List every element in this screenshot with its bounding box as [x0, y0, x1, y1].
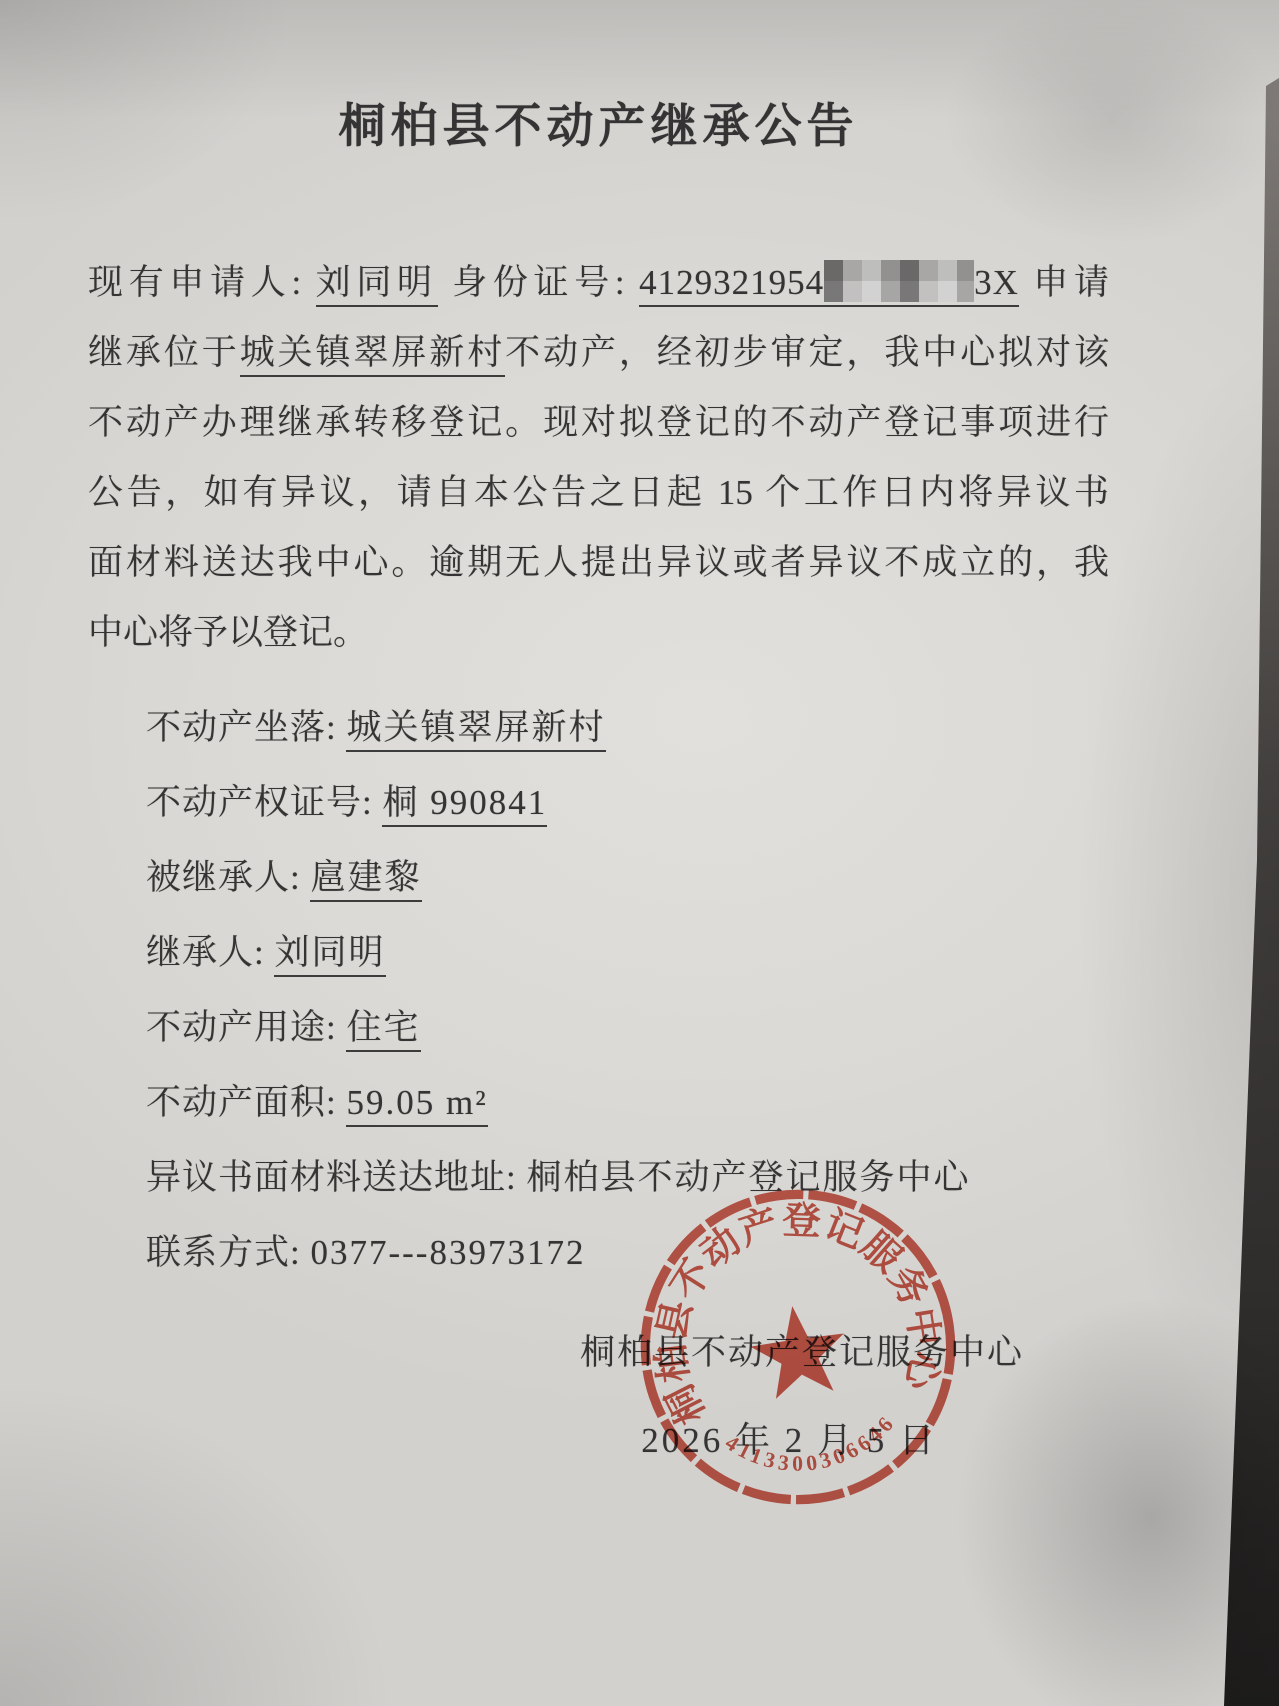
- id-suffix: 3X: [974, 263, 1019, 302]
- star-icon: [746, 1300, 852, 1402]
- applicant-name: 刘同明: [316, 263, 438, 307]
- field-row-area: 不动产面积: 59.05 m²: [146, 1065, 1109, 1140]
- field-label: 继承人:: [146, 933, 274, 972]
- field-row-usage: 不动产用途: 住宅: [146, 990, 1109, 1065]
- field-label: 被继承人:: [146, 858, 310, 897]
- privacy-mosaic: [824, 260, 974, 302]
- official-seal: 桐柏县不动产登记服务中心 4113300306646: [612, 1161, 985, 1534]
- field-row-location: 不动产坐落: 城关镇翠屏新村: [146, 690, 1109, 765]
- field-label: 不动产权证号:: [146, 783, 382, 822]
- paragraph-line-2: 继承位于城关镇翠屏新村不动产，经初步审定，我中心拟对该: [88, 318, 1109, 388]
- field-label: 不动产用途:: [146, 1008, 346, 1047]
- line1-id-label: 身份证号:: [438, 263, 639, 302]
- field-list: 不动产坐落: 城关镇翠屏新村 不动产权证号: 桐 990841 被继承人: 扈建…: [88, 690, 1109, 1290]
- paragraph-line-5: 面材料送达我中心。逾期无人提出异议或者异议不成立的，我: [88, 528, 1109, 598]
- line1-tail: 申请: [1019, 263, 1109, 302]
- field-value: 桐 990841: [382, 783, 547, 827]
- field-value: 城关镇翠屏新村: [346, 708, 605, 752]
- paragraph-line-3: 不动产办理继承转移登记。现对拟登记的不动产登记事项进行: [88, 388, 1109, 458]
- notice-page: 桐柏县不动产继承公告 现有申请人: 刘同明 身份证号: 41293219543X…: [0, 0, 1279, 1706]
- notice-body: 现有申请人: 刘同明 身份证号: 41293219543X 申请 继承位于城关镇…: [88, 248, 1109, 668]
- id-prefix: 4129321954: [639, 263, 824, 302]
- field-label: 不动产坐落:: [146, 708, 346, 747]
- line2-post: 不动产，经初步审定，我中心拟对该: [505, 333, 1109, 372]
- field-value: 住宅: [346, 1008, 420, 1052]
- field-label: 不动产面积:: [146, 1083, 346, 1122]
- page-title: 桐柏县不动产继承公告: [88, 96, 1109, 158]
- line1-pre: 现有申请人:: [88, 263, 316, 302]
- paragraph-line-4: 公告，如有异议，请自本公告之日起 15 个工作日内将异议书: [88, 458, 1109, 528]
- field-row-heir: 继承人: 刘同明: [146, 915, 1109, 990]
- field-value: 刘同明: [274, 933, 385, 977]
- field-value: 59.05 m²: [346, 1083, 487, 1127]
- paragraph-line-1: 现有申请人: 刘同明 身份证号: 41293219543X 申请: [88, 248, 1109, 318]
- document-photo: 桐柏县不动产继承公告 现有申请人: 刘同明 身份证号: 41293219543X…: [0, 0, 1279, 1706]
- field-value: 扈建黎: [310, 858, 421, 902]
- property-location-inline: 城关镇翠屏新村: [240, 333, 505, 377]
- field-label: 异议书面材料送达地址:: [146, 1158, 526, 1197]
- line2-pre: 继承位于: [88, 333, 240, 372]
- field-row-certificate-no: 不动产权证号: 桐 990841: [146, 765, 1109, 840]
- paragraph-line-6: 中心将予以登记。: [88, 598, 1109, 668]
- field-value: 0377---83973172: [310, 1233, 585, 1272]
- id-number: 41293219543X: [639, 263, 1019, 307]
- field-label: 联系方式:: [146, 1233, 310, 1272]
- field-row-decedent: 被继承人: 扈建黎: [146, 840, 1109, 915]
